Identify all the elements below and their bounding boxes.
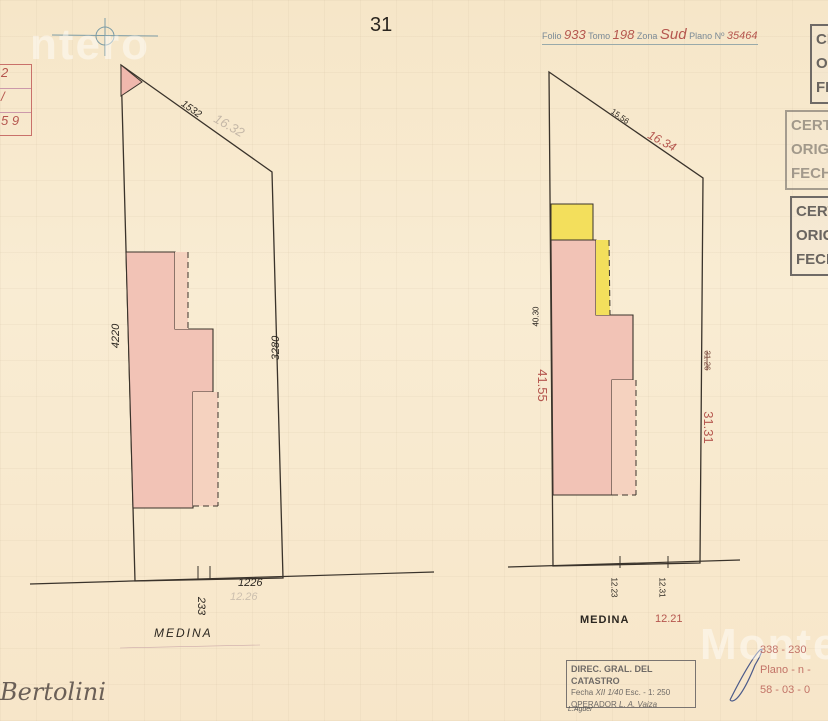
tomo-label: Tomo — [588, 31, 610, 41]
catastro-escala: Esc. - 1: 250 — [625, 688, 670, 697]
stamp-line: FECH — [791, 162, 828, 186]
cert-stamp-2: CERT° ORIGE FECH — [785, 110, 828, 190]
cadastral-plan-sheet: ntero Monte 31 Folio 933 Tomo 198 Zona S… — [0, 0, 828, 721]
right-plot — [508, 72, 740, 568]
catastro-title: DIREC. GRAL. DEL CATASTRO — [571, 663, 691, 687]
stamp-line: CERT° — [796, 200, 828, 224]
left-frontage-dim: 1226 — [238, 577, 262, 589]
stamp-line: CERT° — [791, 114, 828, 138]
signature: Bertolini — [0, 678, 106, 706]
registry-box-line: 5 9 — [0, 113, 31, 135]
registry-box-line: / — [0, 89, 31, 113]
stamp-line: FECHA — [796, 248, 828, 272]
stamp-line: ORIGE — [791, 138, 828, 162]
bottom-right-notes: 338 - 230 Plano - n - 58 - 03 - 0 — [760, 640, 811, 700]
right-offset-right-dim: 12.31 — [658, 577, 667, 597]
left-side-dim: 4220 — [110, 324, 122, 348]
stamp-line: CERT° — [816, 28, 828, 52]
note-line: 58 - 03 - 0 — [760, 680, 811, 700]
right-frontage-handwritten: 12.21 — [655, 613, 683, 625]
catastro-stamp: DIREC. GRAL. DEL CATASTRO Fecha XII 1/40… — [566, 660, 696, 708]
right-left-side-handwritten: 41.55 — [535, 369, 550, 402]
folio-label: Folio — [542, 31, 562, 41]
catastro-sub: L.Aguer — [568, 706, 593, 713]
right-street-name: MEDINA — [580, 614, 629, 626]
plano-label: Plano Nº — [689, 31, 724, 41]
note-line: 338 - 230 — [760, 640, 811, 660]
registry-box-line: 2 — [0, 65, 31, 89]
zona-label: Zona — [637, 31, 658, 41]
registry-box: 2 / 5 9 — [0, 64, 32, 136]
catastro-fecha-label: Fecha — [571, 688, 593, 697]
right-offset-left-dim: 12.23 — [610, 577, 619, 597]
right-left-side-dim: 40.30 — [532, 306, 541, 326]
left-street-name: MEDINA — [154, 626, 213, 640]
right-side-dim: 3280 — [270, 336, 282, 360]
zona-value: Sud — [660, 26, 687, 43]
left-offset-dim: 233 — [195, 597, 207, 615]
left-plot — [30, 65, 434, 648]
sheet-number: 31 — [370, 14, 392, 37]
watermark-left: ntero — [30, 20, 150, 70]
folio-value: 933 — [564, 27, 586, 42]
right-right-side-handwritten: 31.31 — [701, 411, 716, 444]
right-right-side-dim: 31.26 — [703, 350, 712, 370]
stamp-line: FECH — [816, 76, 828, 100]
catastro-fecha-value: XII 1/40 — [595, 688, 623, 697]
left-frontage-handwritten: 12.26 — [230, 591, 258, 603]
cert-stamp-3: CERT° ORIGE FECHA — [790, 196, 828, 276]
note-line: Plano - n - — [760, 660, 811, 680]
stamp-line: ORIGE — [816, 52, 828, 76]
tomo-value: 198 — [613, 27, 635, 42]
stamp-line: ORIGE — [796, 224, 828, 248]
cert-stamp-1: CERT° ORIGE FECH — [810, 24, 828, 104]
catastro-operador-value: L. A. Vaiza — [619, 700, 657, 709]
header-line: Folio 933 Tomo 198 Zona Sud Plano Nº 354… — [542, 26, 758, 45]
plano-value: 35464 — [727, 30, 758, 42]
